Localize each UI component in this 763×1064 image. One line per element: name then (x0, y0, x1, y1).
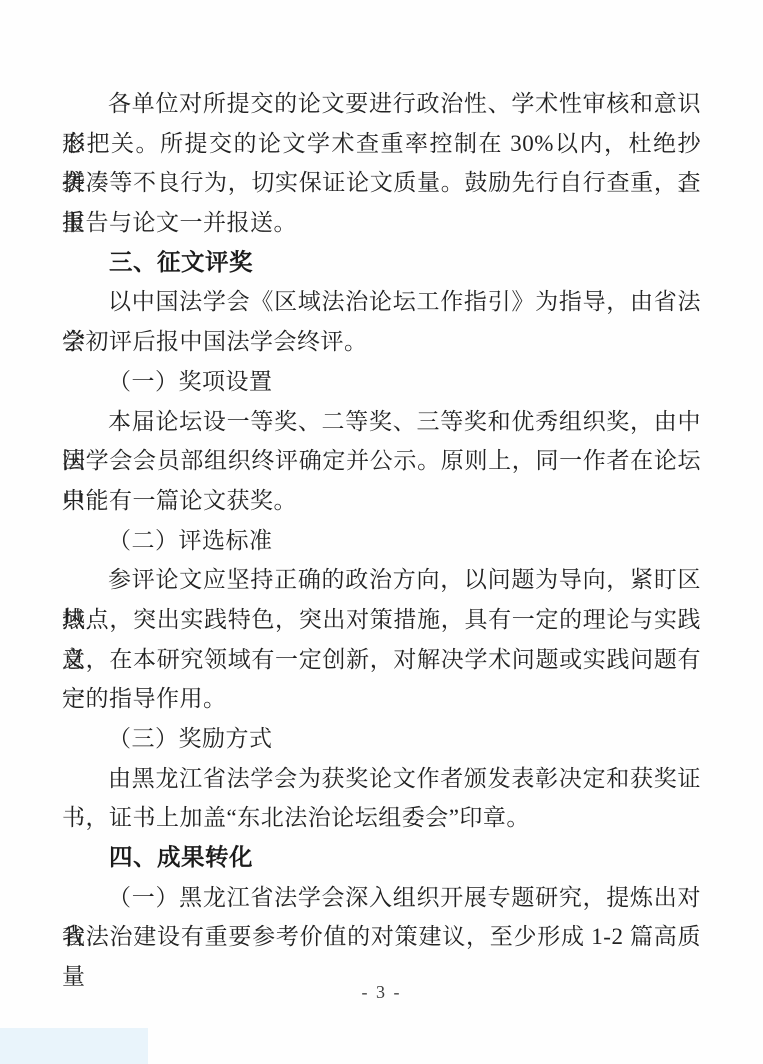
paragraph-line: 各单位对所提交的论文要进行政治性、学术性审核和意识形 (62, 84, 701, 124)
paragraph-line: 只能有一篇论文获奖。 (62, 481, 701, 521)
document-page: 各单位对所提交的论文要进行政治性、学术性审核和意识形 态把关。所提交的论文学术查… (0, 0, 763, 1064)
paragraph-line: 书，证书上加盖“东北法治论坛组委会”印章。 (62, 798, 701, 838)
paragraph-line: 拼凑等不良行为，切实保证论文质量。鼓励先行自行查重，查重 (62, 163, 701, 203)
paragraph-line: 态把关。所提交的论文学术查重率控制在 30%以内，杜绝抄袭、 (62, 124, 701, 164)
subsection-heading: （三）奖励方式 (62, 719, 701, 759)
paragraph-line: 热点，突出实践特色，突出对策措施，具有一定的理论与实践意 (62, 600, 701, 640)
paragraph-line: 报告与论文一并报送。 (62, 203, 701, 243)
paragraph-line: 由黑龙江省法学会为获奖论文作者颁发表彰决定和获奖证 (62, 759, 701, 799)
paragraph-line: 本届论坛设一等奖、二等奖、三等奖和优秀组织奖，由中国 (62, 402, 701, 442)
section-heading: 三、征文评奖 (62, 243, 701, 283)
subsection-heading: （二）评选标准 (62, 521, 701, 561)
paragraph-line: 义，在本研究领域有一定创新，对解决学术问题或实践问题有一 (62, 640, 701, 680)
paragraph-line: 以中国法学会《区域法治论坛工作指引》为指导，由省法学 (62, 282, 701, 322)
paragraph-line: 参评论文应坚持正确的政治方向，以问题为导向，紧盯区域 (62, 560, 701, 600)
paragraph-line: 省法治建设有重要参考价值的对策建议，至少形成 1-2 篇高质量 (62, 917, 701, 957)
paragraph-line: 定的指导作用。 (62, 679, 701, 719)
subsection-heading: （一）奖项设置 (62, 362, 701, 402)
paragraph-line: 法学会会员部组织终评确定并公示。原则上，同一作者在论坛中 (62, 441, 701, 481)
document-text-block: 各单位对所提交的论文要进行政治性、学术性审核和意识形 态把关。所提交的论文学术查… (62, 84, 701, 957)
scan-tint-strip (0, 1028, 148, 1064)
paragraph-line: （一）黑龙江省法学会深入组织开展专题研究，提炼出对我 (62, 878, 701, 918)
section-heading: 四、成果转化 (62, 838, 701, 878)
page-number: - 3 - (0, 982, 763, 1003)
paragraph-line: 会初评后报中国法学会终评。 (62, 322, 701, 362)
